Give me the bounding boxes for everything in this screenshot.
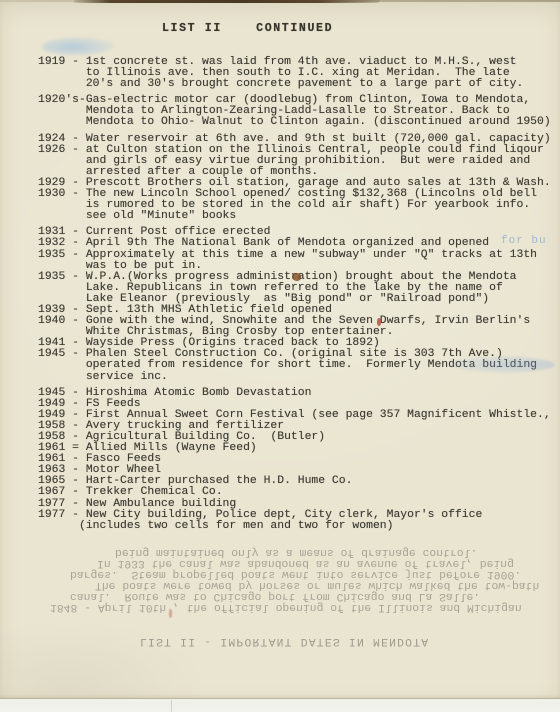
- timeline-line: Mendota to Ohio- Walnut to Clinton again…: [38, 117, 551, 128]
- blue-ink-smudge: [449, 356, 555, 373]
- faint-blue-annotation: for bu: [501, 235, 547, 247]
- timeline-line: 1924 - Water reservoir at 6th ave. and 9…: [38, 134, 551, 145]
- bleedthrough-line: being maintained only as a means of drai…: [115, 546, 560, 557]
- timeline-line: (includes two cells for men and two for …: [38, 521, 551, 532]
- bottom-scan-strip: [0, 698, 560, 712]
- bleedthrough-line: 1848 - April 10th , the official opening…: [50, 601, 560, 612]
- timeline-line: service inc.: [38, 372, 551, 383]
- timeline-line: see old "Minute" books: [38, 211, 551, 222]
- timeline-line: 1977 - New Ambulance building: [38, 499, 551, 510]
- red-ink-speck: [377, 318, 381, 326]
- blue-ink-smudge: [42, 37, 114, 55]
- timeline-line: 20's and 30's brought concrete pavement …: [38, 79, 551, 90]
- scan-strip-divider: [171, 700, 172, 712]
- brown-ink-blot: [292, 273, 301, 281]
- bleedthrough-red-tick: [169, 609, 172, 618]
- scanned-document-page: LIST II CONTINUED 1919 - 1st concrete st…: [0, 0, 560, 712]
- bleedthrough-line: canal. Route was to Chicago port from Ch…: [70, 590, 560, 601]
- timeline: 1919 - 1st concrete st. was laid from 4t…: [38, 57, 551, 532]
- bleedthrough-title: LIST II - IMPORTANT DATES IN MENDOTA: [140, 635, 560, 646]
- timeline-line: 1932 - April 9th The National Bank of Me…: [38, 238, 551, 249]
- bleedthrough-line: barges. Steam propelled boats went into …: [70, 568, 560, 579]
- timeline-line: 1967 - Trekker Chemical Co.: [38, 487, 551, 498]
- bleedthrough-line: The boats were towed by horses or mules …: [95, 579, 560, 590]
- timeline-line: 1935 - Approximately at this time a new …: [38, 250, 551, 261]
- scan-top-edge-shadow: [74, 0, 380, 3]
- bleedthrough-line: In 1933 the canal was abandoned as an av…: [97, 557, 560, 568]
- bleedthrough-block: being maintained only as a means of drai…: [0, 546, 560, 646]
- page-title: LIST II CONTINUED: [162, 22, 333, 35]
